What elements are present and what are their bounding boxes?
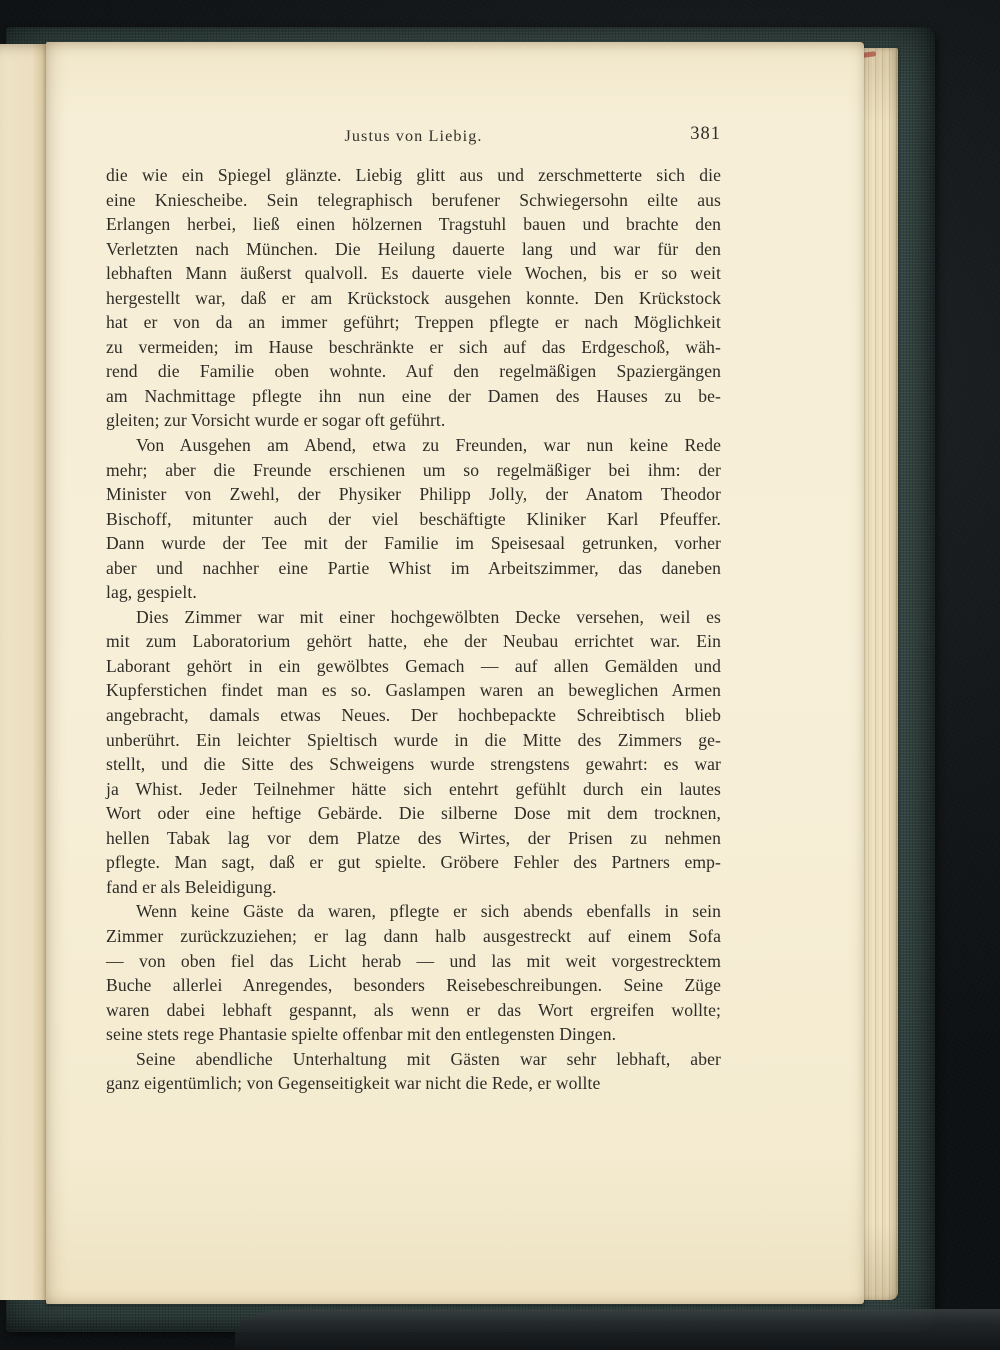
text-line: eine Kniescheibe. Sein telegraphisch ber… <box>106 188 721 213</box>
text-line: Dann wurde der Tee mit der Familie im Sp… <box>106 531 721 556</box>
text-line: am Nachmittage pflegte ihn nun eine der … <box>106 384 721 409</box>
text-line: fand er als Beleidigung. <box>106 875 721 900</box>
text-line: Wenn keine Gäste da waren, pflegte er si… <box>106 899 721 924</box>
text-line: seine stets rege Phantasie spielte offen… <box>106 1022 721 1047</box>
text-line: pflegte. Man sagt, daß er gut spielte. G… <box>106 850 721 875</box>
paragraph: Seine abendliche Unterhaltung mit Gästen… <box>106 1047 721 1096</box>
paragraph: die wie ein Spiegel glänzte. Liebig glit… <box>106 163 721 433</box>
text-line: die wie ein Spiegel glänzte. Liebig glit… <box>106 163 721 188</box>
text-line: Erlangen herbei, ließ einen hölzernen Tr… <box>106 212 721 237</box>
text-line: mehr; aber die Freunde erschienen um so … <box>106 458 721 483</box>
text-line: hat er von da an immer geführt; Treppen … <box>106 310 721 335</box>
text-line: waren dabei lebhaft gespannt, als wenn e… <box>106 998 721 1023</box>
text-line: Bischoff, mitunter auch der viel beschäf… <box>106 507 721 532</box>
text-line: Verletzten nach München. Die Heilung dau… <box>106 237 721 262</box>
text-line: mit zum Laboratorium gehört hatte, ehe d… <box>106 629 721 654</box>
text-line: Seine abendliche Unterhaltung mit Gästen… <box>106 1047 721 1072</box>
text-line: hergestellt war, daß er am Krückstock au… <box>106 286 721 311</box>
paragraph: Von Ausgehen am Abend, etwa zu Freunden,… <box>106 433 721 605</box>
text-line: ganz eigentümlich; von Gegenseitigkeit w… <box>106 1071 721 1096</box>
text-line: Dies Zimmer war mit einer hochgewölbten … <box>106 605 721 630</box>
text-line: aber und nachher eine Partie Whist im Ar… <box>106 556 721 581</box>
page-stack-fore-edge <box>858 48 898 1300</box>
text-line: Kupferstichen findet man es so. Gaslampe… <box>106 678 721 703</box>
text-line: Buche allerlei Anregendes, besonders Rei… <box>106 973 721 998</box>
text-line: hellen Tabak lag vor dem Platze des Wirt… <box>106 826 721 851</box>
text-line: Laborant gehört in ein gewölbtes Gemach … <box>106 654 721 679</box>
text-line: Von Ausgehen am Abend, etwa zu Freunden,… <box>106 433 721 458</box>
page-number: 381 <box>690 124 721 145</box>
book-cover-bottom-edge <box>235 1309 1000 1350</box>
running-header: Justus von Liebig. <box>106 127 721 146</box>
text-line: Zimmer zurückzuziehen; er lag dann halb … <box>106 924 721 949</box>
text-line: Minister von Zwehl, der Physiker Philipp… <box>106 482 721 507</box>
text-line: Wort oder eine heftige Gebärde. Die silb… <box>106 801 721 826</box>
text-line: gleiten; zur Vorsicht wurde er sogar oft… <box>106 408 721 433</box>
text-line: rend die Familie oben wohnte. Auf den re… <box>106 359 721 384</box>
paragraph: Wenn keine Gäste da waren, pflegte er si… <box>106 899 721 1046</box>
page-header: Justus von Liebig. 381 <box>106 127 721 151</box>
text-line: lebhaften Mann äußerst qualvoll. Es daue… <box>106 261 721 286</box>
text-line: unberührt. Ein leichter Spieltisch wurde… <box>106 728 721 753</box>
text-line: angebracht, damals etwas Neues. Der hoch… <box>106 703 721 728</box>
text-line: — von oben fiel das Licht herab — und la… <box>106 949 721 974</box>
text-line: lag, gespielt. <box>106 580 721 605</box>
body-text: die wie ein Spiegel glänzte. Liebig glit… <box>106 163 721 1096</box>
paragraph: Dies Zimmer war mit einer hochgewölbten … <box>106 605 721 900</box>
text-line: stellt, und die Sitte des Schweigens wur… <box>106 752 721 777</box>
facing-page-edge <box>0 44 52 1300</box>
text-line: ja Whist. Jeder Teilnehmer hätte sich en… <box>106 777 721 802</box>
text-line: zu vermeiden; im Hause beschränkte er si… <box>106 335 721 360</box>
